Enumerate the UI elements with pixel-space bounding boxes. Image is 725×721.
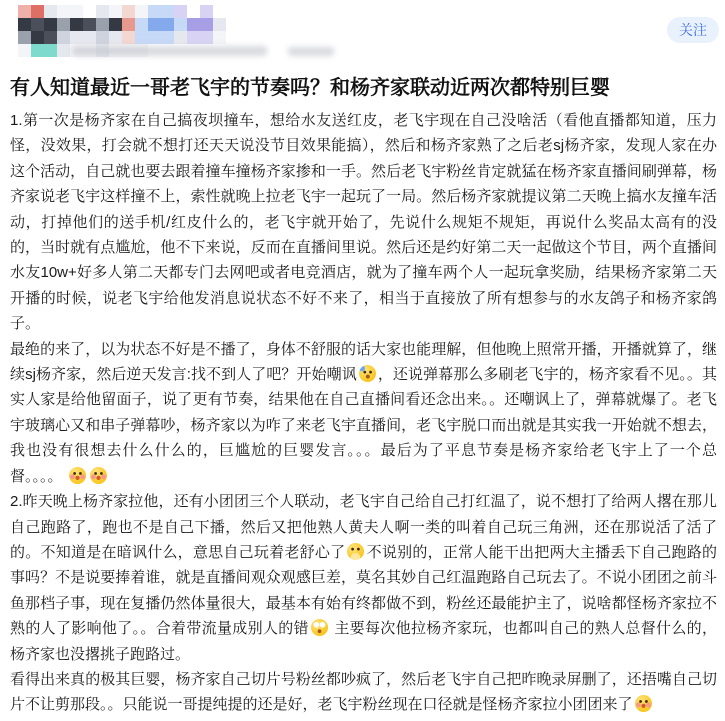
paragraph: 2.昨天晚上杨齐家拉他，还有小团团三个人联动，老飞宇自己给自己打红温了，说不想打… <box>10 489 717 667</box>
post-title: 有人知道最近一哥老飞宇的节奏吗？和杨齐家联动近两次都特别巨婴 <box>10 74 715 102</box>
censored-user-subline <box>72 46 267 56</box>
blush-face-icon <box>635 695 652 712</box>
post-header: 关注 <box>0 0 725 60</box>
paragraph: 看得出来真的极其巨婴，杨齐家自己切片号粉丝都吵疯了，然后老飞宇自己把昨晚录屏删了… <box>10 667 717 718</box>
blush-face-icon <box>90 467 107 484</box>
censored-user-subline-2 <box>288 47 334 56</box>
follow-button[interactable]: 关注 <box>667 17 719 43</box>
hand-over-mouth-face-icon <box>347 543 364 560</box>
article-body: 1.第一次是杨齐家在自己搞夜坝撞车，想给水友送红皮，老飞宇现在自己没啥活（看他直… <box>10 108 717 718</box>
paragraph: 最绝的来了，以为状态不好是不播了，身体不舒服的话大家也能理解，但他晚上照常开播，… <box>10 337 717 489</box>
paragraph: 1.第一次是杨齐家在自己搞夜坝撞车，想给水友送红皮，老飞宇现在自己没啥活（看他直… <box>10 108 717 337</box>
post-page: 关注 有人知道最近一哥老飞宇的节奏吗？和杨齐家联动近两次都特别巨婴 1.第一次是… <box>0 0 725 721</box>
blush-face-icon <box>69 467 86 484</box>
sweat-face-icon <box>359 365 376 382</box>
eye-roll-face-icon <box>311 619 328 636</box>
